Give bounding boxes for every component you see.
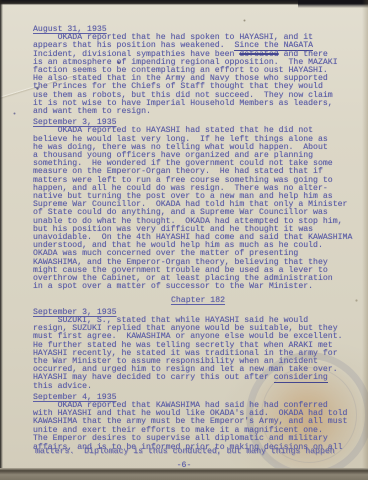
text-segment: HAYASHI may have decided to carry this o… [33,373,274,382]
chapter-section: Chapter 182 [33,297,363,305]
document-line: and want them to resign. [33,108,363,116]
date-entry-section: September 3, 1935 SUZUKI, S., stated tha… [33,309,363,391]
document-line: in a spot over a matter of successor to … [33,283,363,291]
date-entry-section: September 3, 1935 OKADA reported to HAYA… [33,119,363,291]
scan-edge-bottom [0,468,368,480]
date-entry-section: September 4, 1935 OKADA reported that KA… [33,394,363,456]
document-line: matters. Diplomacy is thus conducted, bu… [35,448,365,456]
chapter-heading: Chapter 182 [171,297,225,305]
scan-edge-top-right [298,0,368,8]
document-line: this advice. [33,383,363,391]
document-line: The Emperor desires to supervise all dip… [33,435,363,443]
document-body: August 31, 1935 OKADA reported that he h… [33,26,363,456]
scan-edge-left [0,0,3,480]
date-entry-section: August 31, 1935 OKADA reported that he h… [33,26,363,116]
scanned-page: August 31, 1935 OKADA reported that he h… [0,0,368,480]
scan-edge-right [362,0,368,480]
pen-underlined-text: considering [274,373,328,383]
